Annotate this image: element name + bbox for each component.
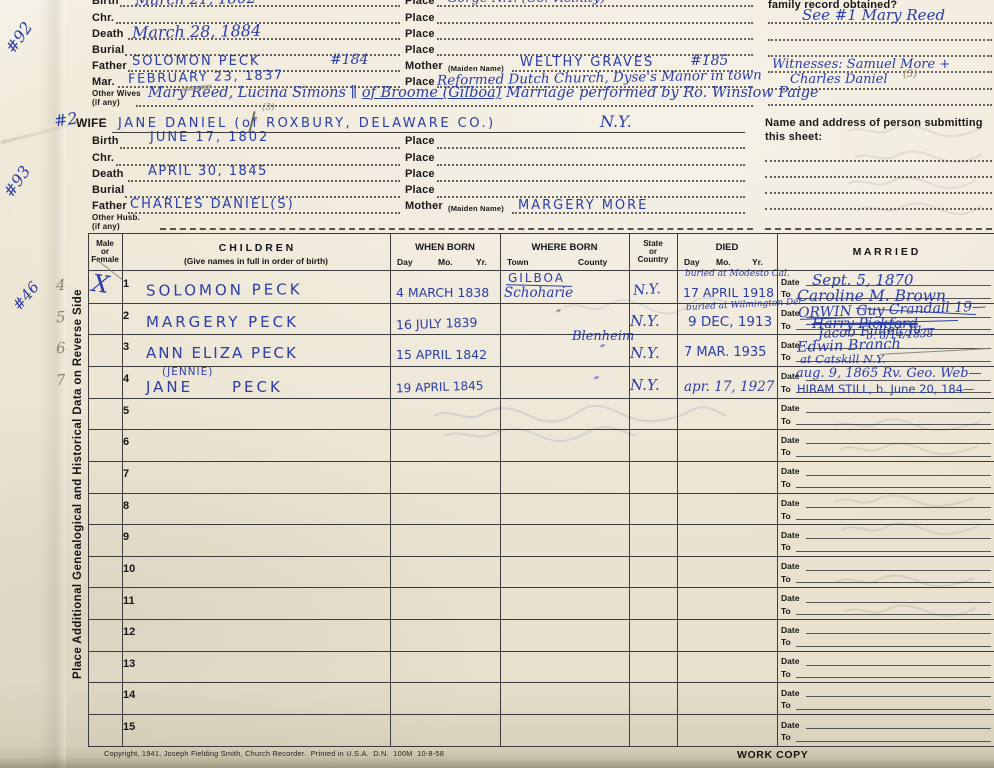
row-number: 14 bbox=[123, 689, 141, 701]
header-when-born-day: Day bbox=[397, 257, 413, 267]
wife-father-value: CHARLES DANIEL(S) bbox=[130, 197, 295, 212]
wife-birth-label: Birth bbox=[92, 136, 119, 147]
husband-death-value: March 28, 1884 bbox=[132, 21, 261, 42]
to-blank-line bbox=[796, 582, 991, 583]
row3-county-ditto: ″ bbox=[600, 343, 605, 359]
row-number: 8 bbox=[123, 500, 141, 512]
date-blank-line bbox=[806, 602, 991, 603]
table-row bbox=[88, 557, 994, 589]
dotted-line bbox=[768, 104, 992, 106]
to-label: To bbox=[781, 447, 791, 457]
dotted-line bbox=[136, 105, 753, 107]
to-blank-line bbox=[796, 424, 991, 425]
header-when-born-mo: Mo. bbox=[438, 257, 453, 267]
dashed-line bbox=[765, 228, 992, 230]
dotted-line bbox=[437, 38, 753, 40]
to-label: To bbox=[781, 479, 791, 489]
date-blank-line bbox=[806, 728, 991, 729]
header-state-3: Country bbox=[629, 255, 677, 264]
row2-died: 9 DEC, 1913 bbox=[688, 314, 772, 330]
date-blank-line bbox=[806, 570, 991, 571]
wife-name-value: JANE DANIEL (of ROXBURY, DELAWARE CO.) bbox=[118, 116, 496, 131]
date-label: Date bbox=[781, 720, 799, 730]
dotted-line bbox=[128, 180, 400, 182]
dotted-line bbox=[765, 192, 992, 194]
record-obtained-answer: See #1 Mary Reed bbox=[802, 6, 945, 24]
header-where-born-county: County bbox=[578, 257, 607, 267]
to-blank-line bbox=[796, 614, 991, 615]
dotted-line bbox=[765, 160, 992, 162]
to-label: To bbox=[781, 416, 791, 426]
date-label: Date bbox=[781, 308, 799, 318]
to-label: To bbox=[781, 511, 791, 521]
to-blank-line bbox=[796, 741, 991, 742]
to-label: To bbox=[781, 700, 791, 710]
row4-name-note: (JENNIE) bbox=[162, 366, 213, 378]
to-label: To bbox=[781, 384, 791, 394]
row1-state: N.Y. bbox=[632, 281, 661, 299]
date-blank-line bbox=[806, 475, 991, 476]
margin-note-46: #46 bbox=[9, 278, 43, 314]
row3-name: ANN ELIZA PECK bbox=[146, 344, 298, 362]
date-label: Date bbox=[781, 593, 799, 603]
header-children-sub: (Give names in full in order of birth) bbox=[122, 256, 390, 266]
husband-father-label: Father bbox=[92, 61, 127, 72]
date-label: Date bbox=[781, 435, 799, 445]
date-label: Date bbox=[781, 498, 799, 508]
to-label: To bbox=[781, 606, 791, 616]
witnesses-note-line2: Charles Daniel bbox=[790, 72, 888, 87]
witnesses-note-superscript: (5) bbox=[903, 69, 917, 80]
paper-sheet: Birth Place Chr. Place Death Place Buria… bbox=[0, 0, 994, 768]
dotted-line bbox=[120, 147, 400, 149]
other-wives-part-c: Marriage performed by Ro. Winslow Paige bbox=[501, 85, 818, 101]
margin-pencil-number: 4 bbox=[55, 276, 66, 295]
husband-mother-value: WELTHY GRAVES bbox=[520, 55, 654, 70]
to-label: To bbox=[781, 574, 791, 584]
row3-died: 7 MAR. 1935 bbox=[684, 345, 766, 360]
row4-married-date: aug. 9, 1865 Rv. Geo. Web— bbox=[796, 366, 982, 381]
wife-mother-value: MARGERY MORE bbox=[518, 198, 648, 213]
to-blank-line bbox=[796, 646, 991, 647]
row-number: 12 bbox=[123, 626, 141, 638]
table-row bbox=[88, 399, 994, 431]
dotted-line bbox=[765, 208, 992, 210]
date-blank-line bbox=[806, 507, 991, 508]
margin-pencil-number: 5 bbox=[55, 307, 66, 326]
row-number: 7 bbox=[123, 468, 141, 480]
header-children: C H I L D R E N bbox=[122, 242, 390, 254]
header-died-day: Day bbox=[684, 257, 700, 267]
row1-town: GILBOA bbox=[508, 271, 565, 285]
husband-mar-label: Mar. bbox=[92, 77, 115, 88]
date-label: Date bbox=[781, 656, 799, 666]
date-label: Date bbox=[781, 403, 799, 413]
wife-birth-value: JUNE 17, 1802 bbox=[150, 130, 269, 145]
header-married: M A R R I E D bbox=[777, 246, 994, 258]
other-husb-ifany-label: (if any) bbox=[92, 223, 120, 232]
table-row bbox=[88, 620, 994, 652]
header-where-born-town: Town bbox=[507, 257, 529, 267]
dotted-line bbox=[437, 164, 745, 166]
row3-married-note: at Catskill N.Y. bbox=[800, 352, 886, 366]
husband-father-ref: #184 bbox=[330, 52, 368, 68]
row2-born: 16 JULY 1839 bbox=[396, 315, 478, 333]
husband-chr-label: Chr. bbox=[92, 13, 114, 24]
to-label: To bbox=[781, 321, 791, 331]
paper-bottom-edge bbox=[0, 757, 994, 768]
table-row bbox=[88, 589, 994, 621]
wife-chr-label: Chr. bbox=[92, 153, 114, 164]
wife-number-annotation: #2 bbox=[53, 108, 79, 130]
husband-father-value: SOLOMON PECK bbox=[132, 54, 260, 69]
dotted-line bbox=[437, 22, 753, 24]
row3-town: Blenheim bbox=[572, 329, 634, 344]
header-died-yr: Yr. bbox=[752, 257, 763, 267]
wife-name-pencil-note: (3) bbox=[262, 103, 275, 113]
wife-father-label: Father bbox=[92, 201, 127, 212]
to-blank-line bbox=[796, 677, 991, 678]
other-wives-value: Mary Reed, Lucina Simons ∥ of Broome (Gi… bbox=[148, 85, 819, 101]
scanned-family-group-sheet: Birth Place Chr. Place Death Place Buria… bbox=[0, 0, 994, 768]
dotted-line bbox=[765, 176, 992, 178]
table-row bbox=[88, 525, 994, 557]
row4-state: N.Y. bbox=[630, 376, 660, 394]
table-row bbox=[88, 430, 994, 462]
header-when-born: WHEN BORN bbox=[390, 242, 500, 253]
row1-died: 17 APRIL 1918 bbox=[683, 285, 774, 300]
row2-town-ditto: ″ bbox=[556, 308, 561, 324]
row-number: 11 bbox=[123, 595, 141, 607]
bleed-through-mark bbox=[842, 118, 987, 228]
to-blank-line bbox=[796, 551, 991, 552]
margin-pencil-number: 7 bbox=[55, 371, 66, 390]
wife-death-place-label: Place bbox=[405, 169, 435, 180]
table-top-border bbox=[88, 233, 994, 234]
wife-label: WIFE bbox=[76, 118, 107, 129]
to-label: To bbox=[781, 352, 791, 362]
husband-burial-label: Burial bbox=[92, 45, 124, 56]
to-label: To bbox=[781, 732, 791, 742]
date-label: Date bbox=[781, 688, 799, 698]
wife-death-value: APRIL 30, 1845 bbox=[148, 164, 268, 179]
wife-name-state-value: N.Y. bbox=[600, 112, 632, 131]
header-died-mo: Mo. bbox=[716, 257, 731, 267]
date-label: Date bbox=[781, 561, 799, 571]
wife-mother-label: Mother bbox=[405, 201, 443, 212]
dotted-line bbox=[437, 180, 745, 182]
date-label: Date bbox=[781, 530, 799, 540]
date-blank-line bbox=[806, 665, 991, 666]
row-number: 6 bbox=[123, 436, 141, 448]
row-number: 9 bbox=[123, 531, 141, 543]
row-number: 15 bbox=[123, 721, 141, 733]
header-where-born: WHERE BORN bbox=[500, 242, 629, 253]
to-label: To bbox=[781, 542, 791, 552]
date-label: Date bbox=[781, 625, 799, 635]
row4-died: apr. 17, 1927 bbox=[684, 379, 774, 395]
reverse-side-note: Place Additional Genealogical and Histor… bbox=[72, 234, 84, 734]
dotted-line bbox=[437, 147, 745, 149]
row4-name-surname: PECK bbox=[232, 378, 283, 396]
table-row bbox=[88, 715, 994, 747]
row-number: 1 bbox=[123, 278, 141, 290]
date-label: Date bbox=[781, 466, 799, 476]
dotted-line bbox=[128, 212, 400, 214]
submitter-header-line1: Name and address of person submitting bbox=[765, 118, 983, 129]
row4-married-to: HIRAM STILL, b. June 20, 184— bbox=[797, 382, 975, 396]
husband-birth-value: March 21, 1802 bbox=[135, 0, 256, 9]
row-number: 4 bbox=[123, 373, 141, 385]
row-number: 10 bbox=[123, 563, 141, 575]
husband-mother-label: Mother bbox=[405, 61, 443, 72]
row-number: 2 bbox=[123, 310, 141, 322]
wife-death-label: Death bbox=[92, 169, 124, 180]
to-blank-line bbox=[796, 709, 991, 710]
date-blank-line bbox=[806, 538, 991, 539]
husband-burial-place-label: Place bbox=[405, 45, 435, 56]
table-row bbox=[88, 494, 994, 526]
to-blank-line bbox=[796, 519, 991, 520]
row4-name: JANE bbox=[146, 378, 193, 396]
other-wives-part-b: of Broome (Gilboa) bbox=[362, 85, 502, 101]
other-wives-ifany-label: (if any) bbox=[92, 99, 120, 108]
husband-death-label: Death bbox=[92, 29, 124, 40]
dashed-line bbox=[160, 228, 753, 230]
row1-died-note: buried at Modesto Cal. bbox=[685, 269, 790, 279]
wife-burial-place-label: Place bbox=[405, 185, 435, 196]
to-blank-line bbox=[796, 487, 991, 488]
husband-mother-ref: #185 bbox=[690, 53, 728, 69]
row2-name: MARGERY PECK bbox=[146, 313, 299, 331]
maiden-name-label: (Maiden Name) bbox=[448, 203, 504, 214]
table-row bbox=[88, 683, 994, 715]
row1-born: 4 MARCH 1838 bbox=[396, 285, 489, 300]
table-row bbox=[88, 652, 994, 684]
margin-pencil-number: 6 bbox=[55, 339, 66, 358]
wife-chr-place-label: Place bbox=[405, 153, 435, 164]
husband-birth-place-value: — Gorge N.Y. (Co. vicinity) bbox=[430, 0, 606, 6]
other-wives-part-a: Mary Reed, Lucina Simons ∥ bbox=[148, 85, 362, 101]
date-blank-line bbox=[806, 633, 991, 634]
witnesses-note-line1: Witnesses: Samuel More + bbox=[772, 57, 950, 72]
date-blank-line bbox=[806, 696, 991, 697]
to-label: To bbox=[781, 669, 791, 679]
row3-born: 15 APRIL 1842 bbox=[396, 347, 487, 362]
wife-birth-place-label: Place bbox=[405, 136, 435, 147]
row-number: 13 bbox=[123, 658, 141, 670]
date-blank-line bbox=[806, 443, 991, 444]
submitter-header-line2: this sheet: bbox=[765, 132, 822, 143]
row1-name: SOLOMON PECK bbox=[146, 280, 303, 299]
dotted-line bbox=[768, 39, 992, 41]
row3-state: N.Y. bbox=[630, 344, 660, 362]
header-died: DIED bbox=[677, 242, 777, 253]
row1-county: Schoharie bbox=[504, 285, 573, 301]
row-number: 3 bbox=[123, 341, 141, 353]
row4-county-ditto: ″ bbox=[594, 375, 599, 391]
header-when-born-yr: Yr. bbox=[476, 257, 487, 267]
table-row bbox=[88, 462, 994, 494]
row-number: 5 bbox=[123, 405, 141, 417]
to-blank-line bbox=[796, 456, 991, 457]
to-label: To bbox=[781, 637, 791, 647]
wife-burial-label: Burial bbox=[92, 185, 124, 196]
husband-death-place-label: Place bbox=[405, 29, 435, 40]
husband-birth-label: Birth bbox=[92, 0, 119, 7]
row2-state: N.Y. bbox=[630, 312, 660, 330]
husband-chr-place-label: Place bbox=[405, 13, 435, 24]
date-blank-line bbox=[806, 412, 991, 413]
